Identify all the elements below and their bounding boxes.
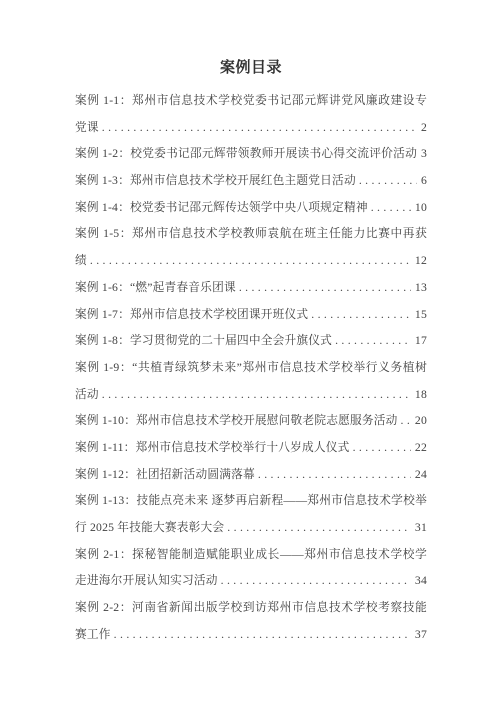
toc-entry-line: 党课 .....................................… (75, 115, 427, 142)
toc-entry-line: 案例 1-7：郑州市信息技术学校团课开班仪式 .................… (75, 302, 427, 329)
toc-entry-line: 案例 1-10：郑州市信息技术学校开展慰问敬老院志愿服务活动 .........… (75, 408, 427, 435)
dot-leader: ........................................… (224, 515, 411, 542)
page-number: 34 (411, 568, 427, 595)
dot-leader: ........................................… (356, 168, 417, 195)
dot-leader: ........................................… (255, 462, 411, 489)
toc-entry-text: 案例 1-8：学习贯彻党的二十届四中全会升旗仪式 (75, 328, 332, 355)
toc-entry-line: 绩 ......................................… (75, 248, 427, 275)
toc-entry-text: 绩 (75, 248, 87, 275)
page-number: 24 (411, 462, 427, 489)
toc-entry-text: 案例 1-2：校党委书记邵元辉带领教师开展读书心得交流评价活动 (75, 141, 417, 168)
page-number: 2 (417, 115, 427, 142)
toc-entry-line: 案例 1-13：技能点亮未来 逐梦再启新程——郑州市信息技术学校举 (75, 488, 427, 515)
toc-entry-line: 案例 1-3：郑州市信息技术学校开展红色主题党日活动 .............… (75, 168, 427, 195)
toc-entry-line: 案例 1-11：郑州市信息技术学校举行十八岁成人仪式 .............… (75, 435, 427, 462)
toc-entry-text: 案例 1-6：“燃”起青春音乐团课 (75, 275, 236, 302)
toc-entry-text: 党课 (75, 115, 99, 142)
page-number: 20 (411, 408, 427, 435)
toc-entry-line: 案例 1-9：“共植青绿筑梦未来”郑州市信息技术学校举行义务植树 (75, 355, 427, 382)
toc-entry: 案例 1-2：校党委书记邵元辉带领教师开展读书心得交流评价活动 3 (75, 141, 427, 168)
dot-leader: ........................................… (111, 622, 411, 649)
toc-entry-line: 走进海尔开展认知实习活动 ...........................… (75, 568, 427, 595)
toc-entry: 案例 1-13：技能点亮未来 逐梦再启新程——郑州市信息技术学校举 行 2025… (75, 488, 427, 541)
toc-entry-text: 活动 (75, 382, 99, 409)
toc-entry-line: 案例 1-4：校党委书记邵元辉传达领学中央八项规定精神 ............… (75, 195, 427, 222)
toc-entry: 案例 1-4：校党委书记邵元辉传达领学中央八项规定精神 ............… (75, 195, 427, 222)
toc-entry-line: 案例 1-1：郑州市信息技术学校党委书记邵元辉讲党风廉政建设专题 (75, 88, 427, 115)
dot-leader: ........................................… (218, 568, 411, 595)
toc-entry: 案例 1-12：社团招新活动圆满落幕 .....................… (75, 462, 427, 489)
toc-entry-line: 行 2025 年技能大赛表彰大会 .......................… (75, 515, 427, 542)
dot-leader: ........................................… (308, 302, 411, 329)
toc-entry-line: 活动 .....................................… (75, 382, 427, 409)
toc-entry: 案例 1-7：郑州市信息技术学校团课开班仪式 .................… (75, 302, 427, 329)
page-number: 6 (417, 168, 427, 195)
toc-entry-text: 案例 1-4：校党委书记邵元辉传达领学中央八项规定精神 (75, 195, 368, 222)
toc-entry-line: 案例 1-2：校党委书记邵元辉带领教师开展读书心得交流评价活动 3 (75, 141, 427, 168)
toc-entry: 案例 1-10：郑州市信息技术学校开展慰问敬老院志愿服务活动 .........… (75, 408, 427, 435)
toc-entry-line: 赛工作 ....................................… (75, 622, 427, 649)
toc-entry-line: 案例 1-12：社团招新活动圆满落幕 .....................… (75, 462, 427, 489)
page-number: 17 (411, 328, 427, 355)
toc-entry-line: 案例 1-5：郑州市信息技术学校教师袁航在班主任能力比赛中再获佳 (75, 221, 427, 248)
dot-leader: ........................................… (398, 408, 411, 435)
toc-entry-text: 案例 1-12：社团招新活动圆满落幕 (75, 462, 255, 489)
toc-entry: 案例 1-9：“共植青绿筑梦未来”郑州市信息技术学校举行义务植树 活动 ....… (75, 355, 427, 408)
toc-title: 案例目录 (75, 58, 427, 78)
toc-entry: 案例 2-2：河南省新闻出版学校到访郑州市信息技术学校考察技能大 赛工作 ...… (75, 595, 427, 648)
table-of-contents: 案例 1-1：郑州市信息技术学校党委书记邵元辉讲党风廉政建设专题 党课 ....… (75, 88, 427, 648)
page-number: 12 (411, 248, 427, 275)
page-number: 13 (411, 275, 427, 302)
dot-leader: ........................................… (350, 435, 411, 462)
dot-leader: ........................................… (99, 382, 411, 409)
page-number: 31 (411, 515, 427, 542)
page-number: 15 (411, 302, 427, 329)
dot-leader: ........................................… (236, 275, 411, 302)
dot-leader: ........................................… (99, 115, 417, 142)
toc-entry-text: 案例 1-10：郑州市信息技术学校开展慰问敬老院志愿服务活动 (75, 408, 398, 435)
dot-leader: ........................................… (332, 328, 411, 355)
page-number: 22 (411, 435, 427, 462)
toc-entry: 案例 1-1：郑州市信息技术学校党委书记邵元辉讲党风廉政建设专题 党课 ....… (75, 88, 427, 141)
page-number: 37 (411, 622, 427, 649)
toc-entry-line: 案例 1-8：学习贯彻党的二十届四中全会升旗仪式 ...............… (75, 328, 427, 355)
dot-leader: ........................................… (368, 195, 411, 222)
toc-entry-text: 案例 1-3：郑州市信息技术学校开展红色主题党日活动 (75, 168, 356, 195)
toc-entry: 案例 1-11：郑州市信息技术学校举行十八岁成人仪式 .............… (75, 435, 427, 462)
toc-entry-text: 案例 1-7：郑州市信息技术学校团课开班仪式 (75, 302, 308, 329)
toc-entry: 案例 1-8：学习贯彻党的二十届四中全会升旗仪式 ...............… (75, 328, 427, 355)
toc-entry-text: 案例 1-11：郑州市信息技术学校举行十八岁成人仪式 (75, 435, 350, 462)
dot-leader: ........................................… (87, 248, 411, 275)
toc-entry-line: 案例 2-2：河南省新闻出版学校到访郑州市信息技术学校考察技能大 (75, 595, 427, 622)
toc-entry-text: 走进海尔开展认知实习活动 (75, 568, 218, 595)
toc-entry: 案例 1-3：郑州市信息技术学校开展红色主题党日活动 .............… (75, 168, 427, 195)
document-page: 案例目录 案例 1-1：郑州市信息技术学校党委书记邵元辉讲党风廉政建设专题 党课… (0, 0, 500, 707)
toc-entry: 案例 2-1：探秘智能制造赋能职业成长——郑州市信息技术学校学生 走进海尔开展认… (75, 542, 427, 595)
page-number: 18 (411, 382, 427, 409)
toc-entry: 案例 1-6：“燃”起青春音乐团课 ......................… (75, 275, 427, 302)
toc-entry-text: 行 2025 年技能大赛表彰大会 (75, 515, 224, 542)
toc-entry-text: 赛工作 (75, 622, 111, 649)
toc-entry-line: 案例 1-6：“燃”起青春音乐团课 ......................… (75, 275, 427, 302)
toc-entry: 案例 1-5：郑州市信息技术学校教师袁航在班主任能力比赛中再获佳 绩 .....… (75, 221, 427, 274)
toc-entry-line: 案例 2-1：探秘智能制造赋能职业成长——郑州市信息技术学校学生 (75, 542, 427, 569)
page-number: 3 (417, 141, 427, 168)
page-number: 10 (411, 195, 427, 222)
